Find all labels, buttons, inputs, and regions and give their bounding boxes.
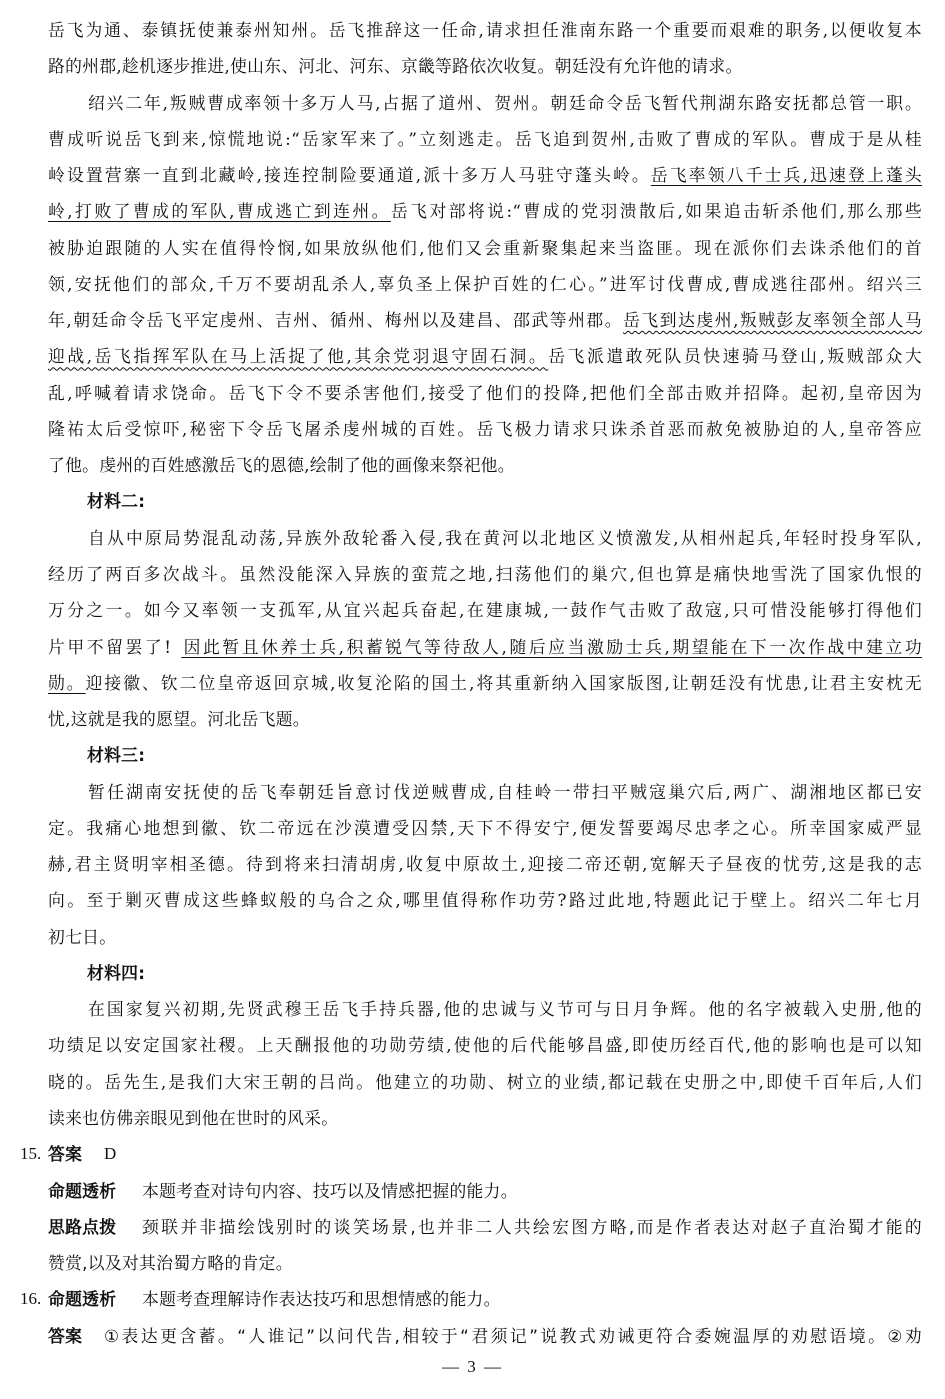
hint-text: 颈联并非描绘饯别时的谈笑场景,也并非二人共绘宏图方略,而是作者表达对赵子直治蜀才… <box>142 1209 922 1245</box>
text-line: 岳飞为通、泰镇抚使兼泰州知州。岳飞推辞这一任命,请求担任淮南东路一个重要而艰难的… <box>48 12 922 48</box>
text-line: 曹成听说岳飞到来,惊慌地说:“岳家军来了。”立刻逃走。岳飞追到贺州,击败了曹成的… <box>48 121 922 157</box>
text-line: 定。我痛心地想到徽、钦二帝远在沙漠遭受囚禁,天下不得安宁,便发誓要竭尽忠孝之心。… <box>48 810 922 846</box>
material-3: 材料三: 暂任湖南安抚使的岳飞奉朝廷旨意讨伐逆贼曹成,自桂岭一带扫平贼寇巢穴后,… <box>48 737 922 955</box>
document-page: 岳飞为通、泰镇抚使兼泰州知州。岳飞推辞这一任命,请求担任淮南东路一个重要而艰难的… <box>48 12 922 1354</box>
text-line: 勋。迎接徽、钦二位皇帝返回京城,收复沦陷的国土,将其重新纳入国家版图,让朝廷没有… <box>48 665 922 701</box>
line-text: 片甲不留罢了! <box>48 637 181 657</box>
text-line: 晓的。岳先生,是我们大宋王朝的吕尚。他建立的功勋、树立的业绩,都记载在史册之中,… <box>48 1064 922 1100</box>
question-15-hint-row: 思路点拨 颈联并非描绘饯别时的谈笑场景,也并非二人共绘宏图方略,而是作者表达对赵… <box>48 1209 922 1245</box>
question-15-answer-row: 15. 答案 D <box>48 1136 922 1172</box>
underlined-text: 岳飞率领八千士兵,迅速登上蓬头 <box>651 165 922 185</box>
text-line: 经历了两百多次战斗。虽然没能深入异族的蛮荒之地,扫荡他们的巢穴,但也算是痛快地雪… <box>48 556 922 592</box>
underlined-text: 岭,打败了曹成的军队,曹成逃亡到连州。 <box>48 201 391 221</box>
section-heading: 材料三: <box>48 737 922 773</box>
question-16-analysis-row: 16. 命题透析 本题考查理解诗作表达技巧和思想情感的能力。 <box>48 1281 922 1317</box>
question-16: 16. 命题透析 本题考查理解诗作表达技巧和思想情感的能力。 答案 ①表达更含蓄… <box>48 1281 922 1354</box>
answer-label: 答案 <box>48 1136 104 1172</box>
text-line: 领,安抚他们的部众,千万不要胡乱杀人,辜负圣上保护百姓的仁心。”进军讨伐曹成,曹… <box>48 266 922 302</box>
text-line: 暂任湖南安抚使的岳飞奉朝廷旨意讨伐逆贼曹成,自桂岭一带扫平贼寇巢穴后,两广、湖湘… <box>48 774 922 810</box>
line-text: 岳飞对部将说:“曹成的党羽溃散后,如果追击斩杀他们,那么那些 <box>391 201 922 221</box>
material-4: 材料四: 在国家复兴初期,先贤武穆王岳飞手持兵器,他的忠诚与义节可与日月争辉。他… <box>48 955 922 1136</box>
text-line: 绍兴二年,叛贼曹成率领十多万人马,占据了道州、贺州。朝廷命令岳飞暂代荆湖东路安抚… <box>48 85 922 121</box>
text-line: 岭,打败了曹成的军队,曹成逃亡到连州。岳飞对部将说:“曹成的党羽溃散后,如果追击… <box>48 193 922 229</box>
text-line: 忧,这就是我的愿望。河北岳飞题。 <box>48 701 922 737</box>
analysis-text: 本题考查对诗句内容、技巧以及情感把握的能力。 <box>142 1173 922 1209</box>
text-line: 初七日。 <box>48 919 922 955</box>
question-number: 16. <box>20 1281 41 1317</box>
text-line: 赫,君主贤明宰相圣德。待到将来扫清胡虏,收复中原故土,迎接二帝还朝,宽解天子昼夜… <box>48 846 922 882</box>
section-heading: 材料二: <box>48 483 922 519</box>
text-line: 片甲不留罢了!因此暂且休养士兵,积蓄锐气等待敌人,随后应当激励士兵,期望能在下一… <box>48 629 922 665</box>
page-number: — 3 — <box>0 1349 945 1385</box>
line-text: 岳飞派遣敢死队员快速骑马登山,叛贼部众大 <box>548 346 922 366</box>
material-2: 材料二: 自从中原局势混乱动荡,异族外敌轮番入侵,我在黄河以北地区义愤激发,从相… <box>48 483 922 737</box>
text-line: 了他。虔州的百姓感激岳飞的恩德,绘制了他的画像来祭祀他。 <box>48 447 922 483</box>
text-line: 功绩足以安定国家社稷。上天酬报他的功勋劳绩,使他的后代能够昌盛,即使历经百代,他… <box>48 1027 922 1063</box>
line-text: 年,朝廷命令岳飞平定虔州、吉州、循州、梅州以及建昌、邵武等州郡。 <box>48 310 623 330</box>
analysis-label: 命题透析 <box>48 1173 142 1209</box>
text-line: 路的州郡,趁机逐步推进,使山东、河北、河东、京畿等路依次收复。朝廷没有允许他的请… <box>48 48 922 84</box>
hint-label: 思路点拨 <box>48 1209 142 1245</box>
text-line: 隆祐太后受惊吓,秘密下令岳飞屠杀虔州城的百姓。岳飞极力请求只诛杀首恶而赦免被胁迫… <box>48 411 922 447</box>
question-number: 15. <box>20 1136 41 1172</box>
analysis-text: 本题考查理解诗作表达技巧和思想情感的能力。 <box>142 1281 922 1317</box>
answer-value: D <box>104 1136 922 1172</box>
line-text: 岭设置营寨一直到北藏岭,接连控制险要通道,派十多万人马驻守蓬头岭。 <box>48 165 651 185</box>
text-line: 读来也仿佛亲眼见到他在世时的风采。 <box>48 1100 922 1136</box>
question-15: 15. 答案 D 命题透析 本题考查对诗句内容、技巧以及情感把握的能力。 思路点… <box>48 1136 922 1281</box>
hint-text-continued: 赞赏,以及对其治蜀方略的肯定。 <box>48 1245 922 1281</box>
material-1-continued: 岳飞为通、泰镇抚使兼泰州知州。岳飞推辞这一任命,请求担任淮南东路一个重要而艰难的… <box>48 12 922 483</box>
text-line: 岭设置营寨一直到北藏岭,接连控制险要通道,派十多万人马驻守蓬头岭。岳飞率领八千士… <box>48 157 922 193</box>
line-text: 迎接徽、钦二位皇帝返回京城,收复沦陷的国土,将其重新纳入国家版图,让朝廷没有忧患… <box>86 673 922 693</box>
underlined-text: 勋。 <box>48 673 86 693</box>
text-line: 被胁迫跟随的人实在值得怜悯,如果放纵他们,他们又会重新聚集起来当盗匪。现在派你们… <box>48 230 922 266</box>
text-line: 向。至于剿灭曹成这些蜂蚁般的乌合之众,哪里值得称作功劳?路过此地,特题此记于壁上… <box>48 882 922 918</box>
wavy-underlined-text: 迎战,岳飞指挥军队在马上活捉了他,其余党羽退守固石洞。 <box>48 346 548 366</box>
wavy-underlined-text: 岳飞到达虔州,叛贼彭友率领全部人马 <box>623 310 922 330</box>
analysis-label: 命题透析 <box>48 1281 142 1317</box>
text-line: 乱,呼喊着请求饶命。岳飞下令不要杀害他们,接受了他们的投降,把他们全部击败并招降… <box>48 375 922 411</box>
text-line: 年,朝廷命令岳飞平定虔州、吉州、循州、梅州以及建昌、邵武等州郡。岳飞到达虔州,叛… <box>48 302 922 338</box>
underlined-text: 因此暂且休养士兵,积蓄锐气等待敌人,随后应当激励士兵,期望能在下一次作战中建立功 <box>181 637 922 657</box>
question-15-analysis-row: 命题透析 本题考查对诗句内容、技巧以及情感把握的能力。 <box>48 1173 922 1209</box>
section-heading: 材料四: <box>48 955 922 991</box>
text-line: 迎战,岳飞指挥军队在马上活捉了他,其余党羽退守固石洞。岳飞派遣敢死队员快速骑马登… <box>48 338 922 374</box>
text-line: 自从中原局势混乱动荡,异族外敌轮番入侵,我在黄河以北地区义愤激发,从相州起兵,年… <box>48 520 922 556</box>
text-line: 万分之一。如今又率领一支孤军,从宜兴起兵奋起,在建康城,一鼓作气击败了敌寇,只可… <box>48 592 922 628</box>
text-line: 在国家复兴初期,先贤武穆王岳飞手持兵器,他的忠诚与义节可与日月争辉。他的名字被载… <box>48 991 922 1027</box>
